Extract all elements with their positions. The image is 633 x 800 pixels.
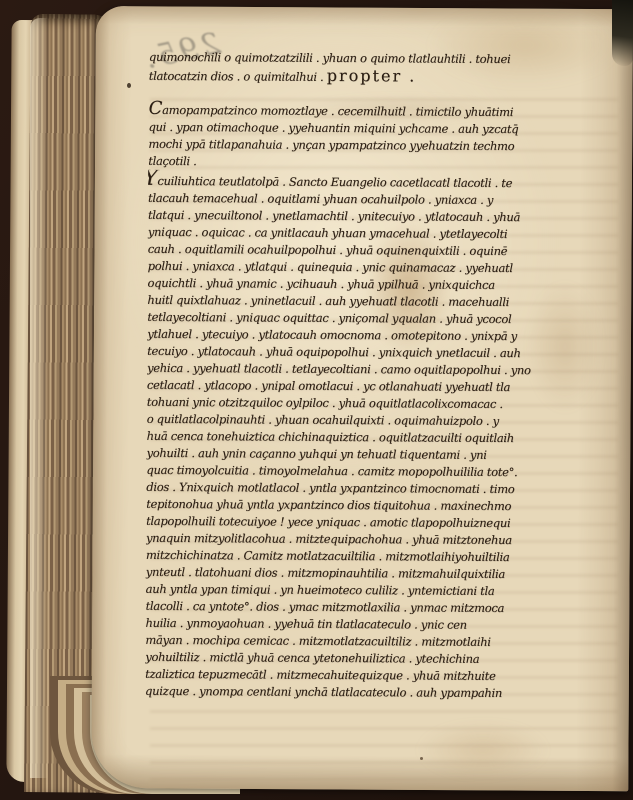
manuscript-line: Ycuiliuhtica teutlatolpā . Sancto Euange… <box>148 170 532 192</box>
manuscript-line-segment: tlatocatzin dios . o quimitalhui . <box>149 69 327 84</box>
paragraph-3: Ycuiliuhtica teutlatolpā . Sancto Euange… <box>145 170 532 702</box>
manuscript-line: tlatocatzin dios . o quimitalhui . propt… <box>149 66 533 87</box>
book-photo: 295. quimonochili o quimotzatzilili . yh… <box>0 0 633 800</box>
page-edges-highlight <box>30 18 48 778</box>
ink-speck <box>420 757 423 760</box>
manuscript-text-block: quimonochili o quimotzatzilili . yhuan o… <box>145 49 533 702</box>
binding-shadow <box>612 0 633 66</box>
ink-speck <box>127 83 131 88</box>
manuscript-line: mochi ypā titlapanahuia . ynçan ypampatz… <box>148 136 532 155</box>
paragraph-1: quimonochili o quimotzatzilili . yhuan o… <box>149 49 533 87</box>
manuscript-line-segment: propter . <box>327 66 417 86</box>
manuscript-line: Camopampatzinco momoztlaye . cecemilhuit… <box>149 100 533 121</box>
manuscript-line: quizque . ynompa centlani ynchā tlatlaca… <box>145 683 529 702</box>
paragraph-2: Camopampatzinco momoztlaye . cecemilhuit… <box>148 100 532 172</box>
